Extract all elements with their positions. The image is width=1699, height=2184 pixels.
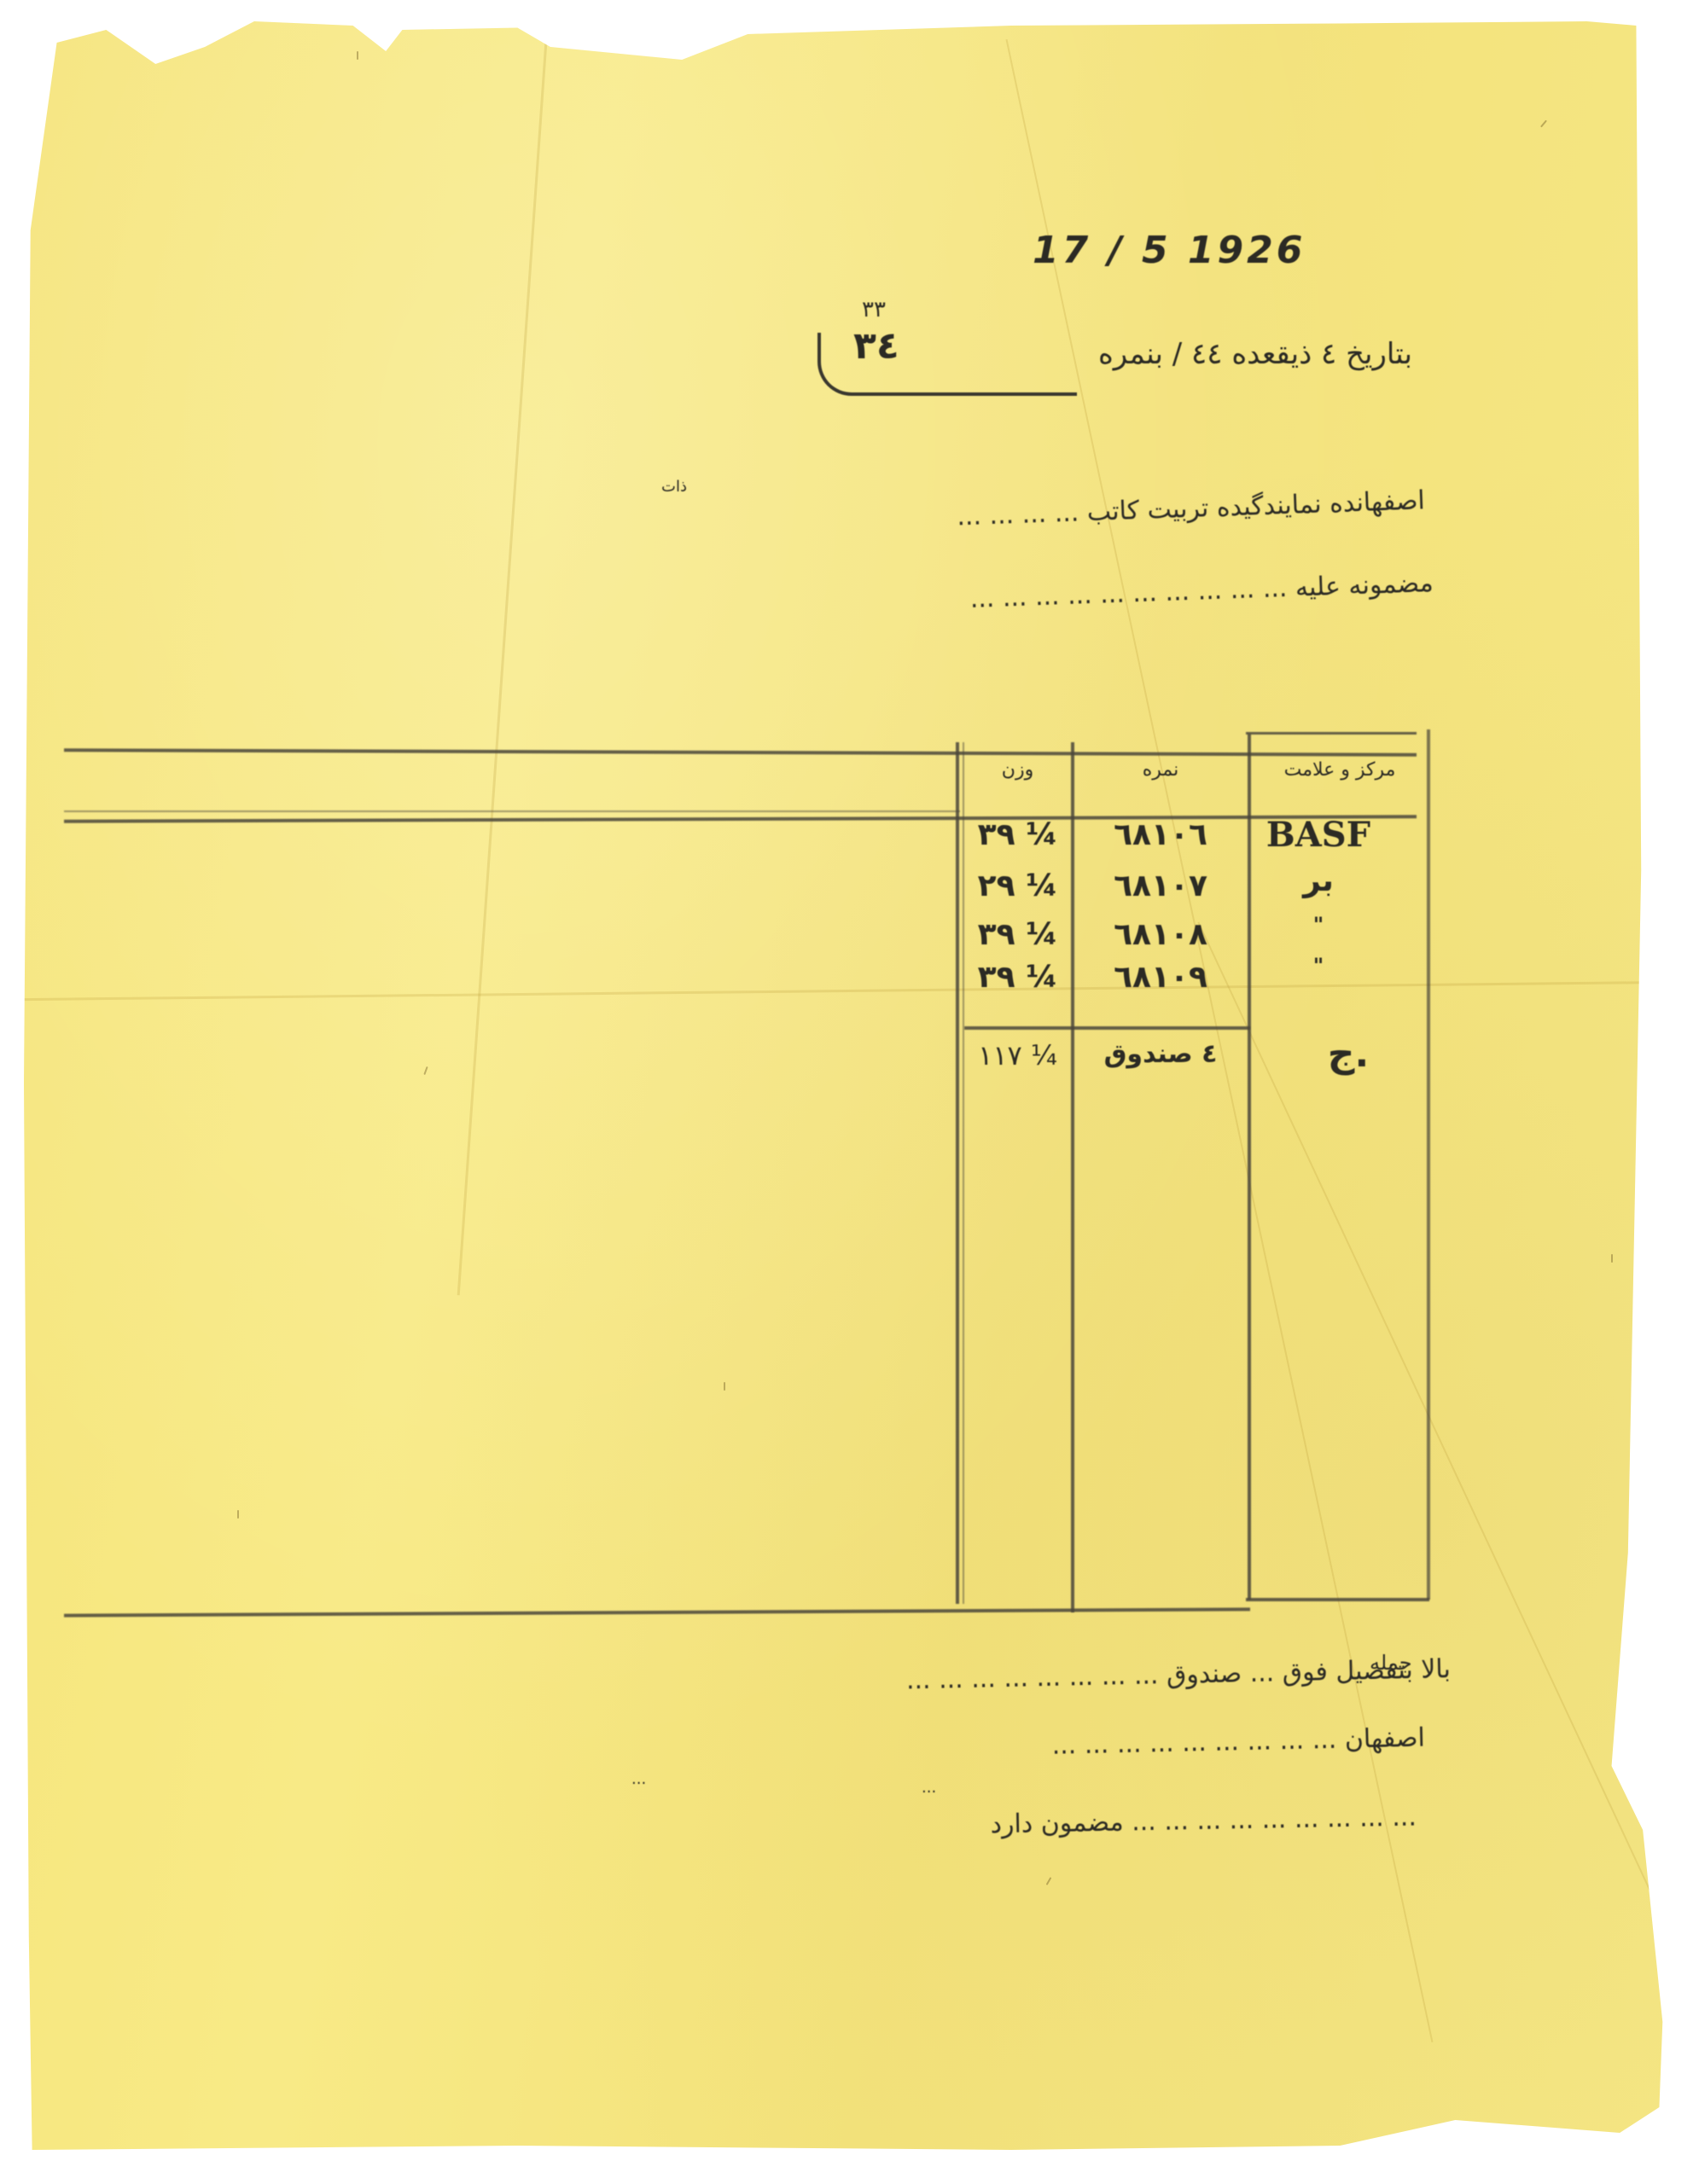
table-total-rule — [964, 1026, 1250, 1030]
row-weight: ٣٩ ¼ — [964, 817, 1071, 852]
row-weight: ٣٩ ¼ — [964, 917, 1071, 952]
total-mark: ج. — [1297, 1032, 1399, 1076]
table-header-rule-double — [64, 810, 960, 812]
paper-fiber — [724, 1382, 725, 1391]
row-number: ٦٨١٠٦ — [1079, 817, 1242, 852]
row-number: ٦٨١٠٨ — [1079, 917, 1242, 952]
table-bottom-rule-right — [1246, 1598, 1429, 1601]
reference-number: ٣٤ — [853, 324, 899, 368]
document-date: 17 / 5 1926 — [1033, 229, 1306, 272]
paper-fiber — [1611, 1254, 1613, 1263]
row-weight: ٣٩ ¼ — [964, 960, 1071, 995]
row-mark: BASF — [1254, 815, 1382, 855]
row-mark: " — [1254, 954, 1382, 978]
table-header-weight: وزن — [964, 759, 1071, 781]
paper-fiber — [237, 1510, 239, 1519]
table-header-mark: مرکز و علامت — [1259, 759, 1421, 781]
paper-crease — [457, 19, 550, 1296]
row-number: ٦٨١٠٧ — [1079, 868, 1242, 903]
paper-fiber — [423, 1066, 428, 1075]
paper-crease — [24, 981, 1669, 1001]
total-number: ٤ صندوق — [1079, 1039, 1242, 1069]
row-mark: " — [1254, 913, 1382, 937]
reference-number-correction: ٣٣ — [862, 297, 886, 322]
row-mark: بر — [1254, 863, 1382, 898]
table-column-divider — [956, 742, 959, 1604]
paper-crease — [1197, 921, 1667, 1927]
paper-fiber — [1540, 120, 1547, 128]
table-column-divider — [1071, 742, 1074, 1612]
paper-fiber — [1046, 1877, 1052, 1885]
total-weight: ١١٧ ¼ — [964, 1039, 1071, 1072]
table-header-number: نمره — [1079, 759, 1242, 781]
table-column-divider — [1248, 734, 1251, 1600]
footer-superscript-note: ... — [631, 1770, 646, 1788]
footer-superscript-note: ... — [922, 1779, 936, 1797]
body-margin-note: ذات — [661, 478, 687, 496]
paper-fiber — [357, 51, 358, 60]
row-weight: ٢٩ ¼ — [964, 868, 1071, 903]
table-top-rule-right — [1246, 732, 1417, 735]
row-number: ٦٨١٠٩ — [1079, 960, 1242, 995]
table-right-border — [1427, 729, 1430, 1600]
